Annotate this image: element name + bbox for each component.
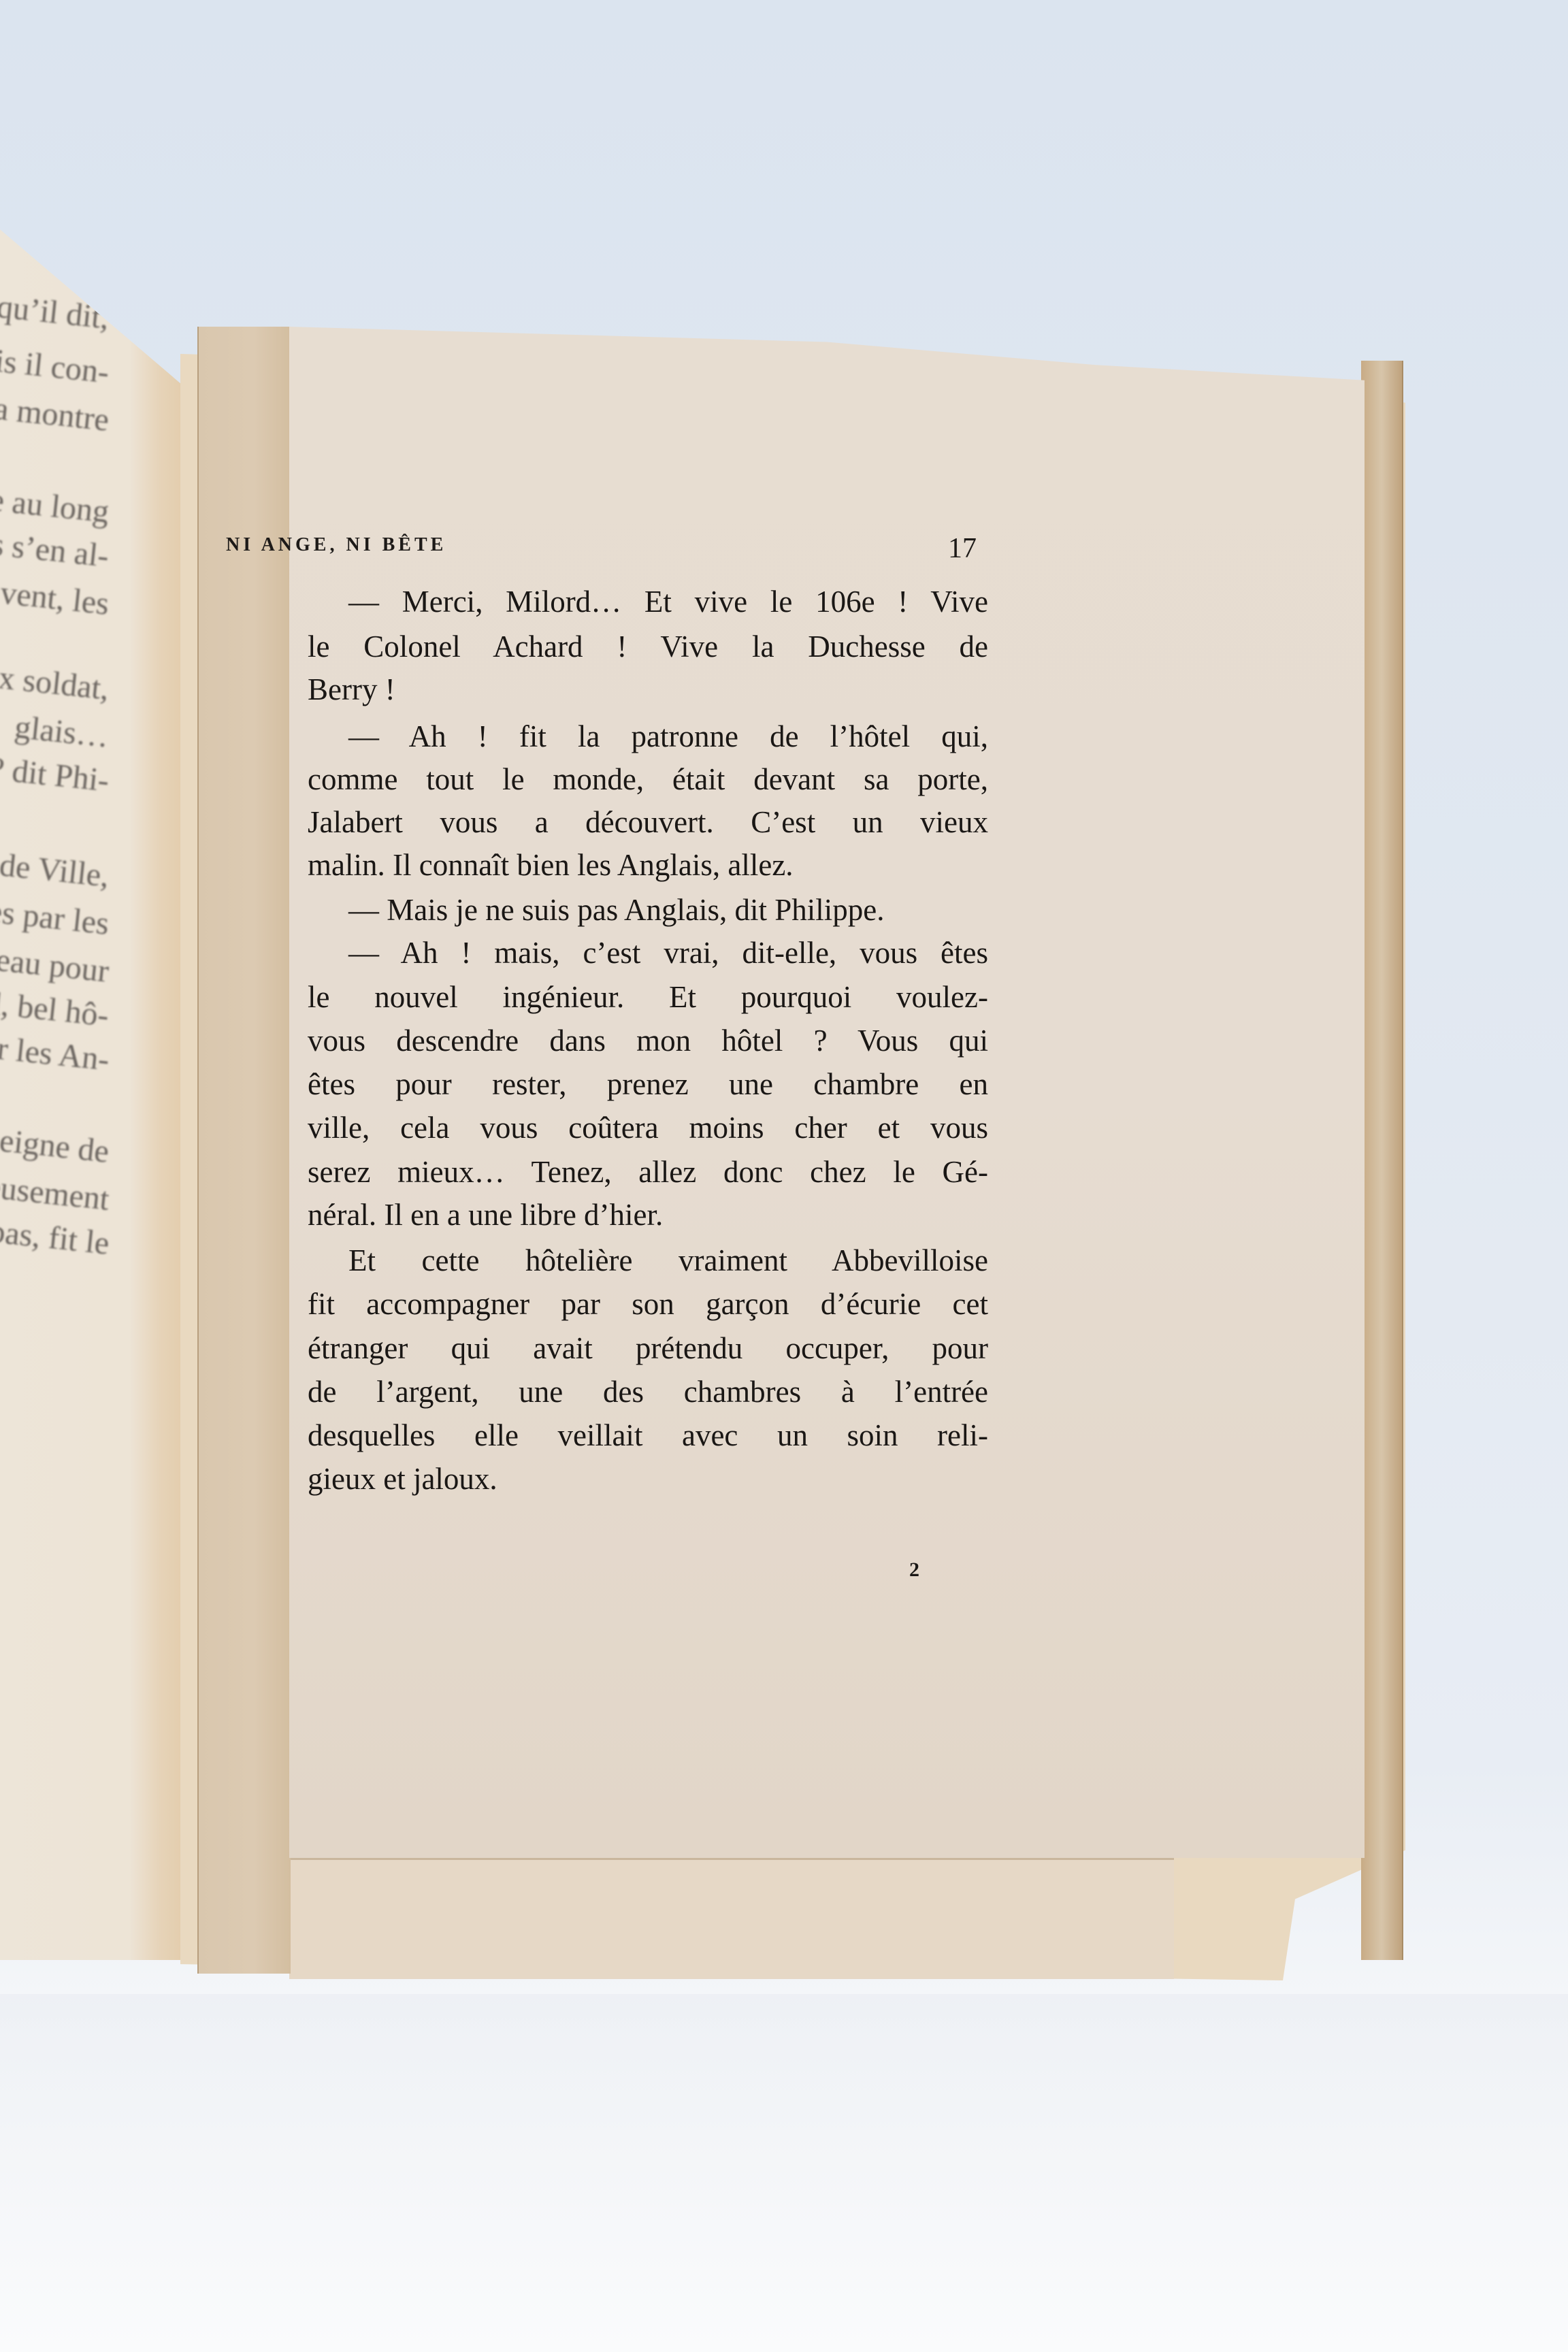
text-line: comme tout le monde, était devant sa por… [308, 757, 988, 801]
left-text-fragment: eusement [0, 1168, 111, 1218]
text-line: desquelles elle veillait avec un soin re… [308, 1414, 988, 1457]
text-line: serez mieux… Tenez, allez donc chez le G… [308, 1150, 988, 1194]
left-text-fragment: u vent, les [0, 572, 111, 623]
text-line: vous descendre dans mon hôtel ? Vous qui [308, 1019, 988, 1062]
left-text-fragment: pas, fit le [0, 1213, 111, 1262]
signature-mark: 2 [909, 1558, 919, 1582]
left-text-fragment: el de Ville, [0, 843, 111, 894]
text-line: étranger qui avait prétendu occuper, pou… [308, 1326, 988, 1370]
left-text-fragment: Mais il con- [0, 338, 111, 391]
left-text-fragment: nts s’en al- [0, 523, 111, 575]
text-line: le Colonel Achard ! Vive la Duchesse de [308, 625, 988, 668]
left-text-fragment: ? dit Phi- [0, 750, 111, 800]
left-text-fragment: d, bel hô- [0, 984, 111, 1034]
text-line: êtes pour rester, prenez une chambre en [308, 1062, 988, 1106]
running-head: NI ANGE, NI BÊTE [226, 534, 446, 556]
text-line: Berry ! [308, 668, 988, 711]
left-text-fragment: eux soldat, [0, 655, 111, 707]
text-line: — Mais je ne suis pas Anglais, dit Phili… [308, 888, 988, 932]
text-line: Et cette hôtelière vraiment Abbevilloise [308, 1239, 988, 1282]
page-lower-leaf [289, 1858, 1174, 1979]
left-text-fragment: i la montre [0, 387, 111, 438]
page-number: 17 [948, 532, 977, 565]
text-line: fit accompagner par son garçon d’écurie … [308, 1282, 988, 1326]
page-fore-edge [1361, 361, 1403, 1960]
text-line: malin. Il connaît bien les Anglais, alle… [308, 843, 988, 887]
text-line: de l’argent, une des chambres à l’entrée [308, 1370, 988, 1414]
page-hinge-strip [197, 327, 291, 1974]
left-text-fragment: glais… [13, 708, 111, 755]
left-text-fragment: ce qu’il dit, [0, 284, 111, 337]
left-text-fragment: e eau pour [0, 938, 111, 990]
left-page: ce qu’il dit,Mais il con-i la montrede a… [0, 218, 191, 1960]
text-line: ville, cela vous coûtera moins cher et v… [308, 1106, 988, 1149]
left-text-fragment: ur les An- [0, 1028, 111, 1078]
text-line: — Ah ! mais, c’est vrai, dit-elle, vous … [308, 931, 988, 975]
left-text-fragment: de au long [0, 479, 111, 531]
text-line: — Merci, Milord… Et vive le 106e ! Vive [308, 580, 988, 623]
left-text-fragment: nseigne de [0, 1119, 111, 1171]
table-reflection [0, 1994, 1568, 2352]
text-line: Jalabert vous a découvert. C’est un vieu… [308, 800, 988, 844]
text-line: le nouvel ingénieur. Et pourquoi voulez- [308, 975, 988, 1019]
text-line: néral. Il en a une libre d’hier. [308, 1193, 988, 1237]
left-text-fragment: ées par les [0, 891, 111, 943]
text-line: gieux et jaloux. [308, 1457, 988, 1501]
text-line: — Ah ! fit la patronne de l’hôtel qui, [308, 715, 988, 758]
